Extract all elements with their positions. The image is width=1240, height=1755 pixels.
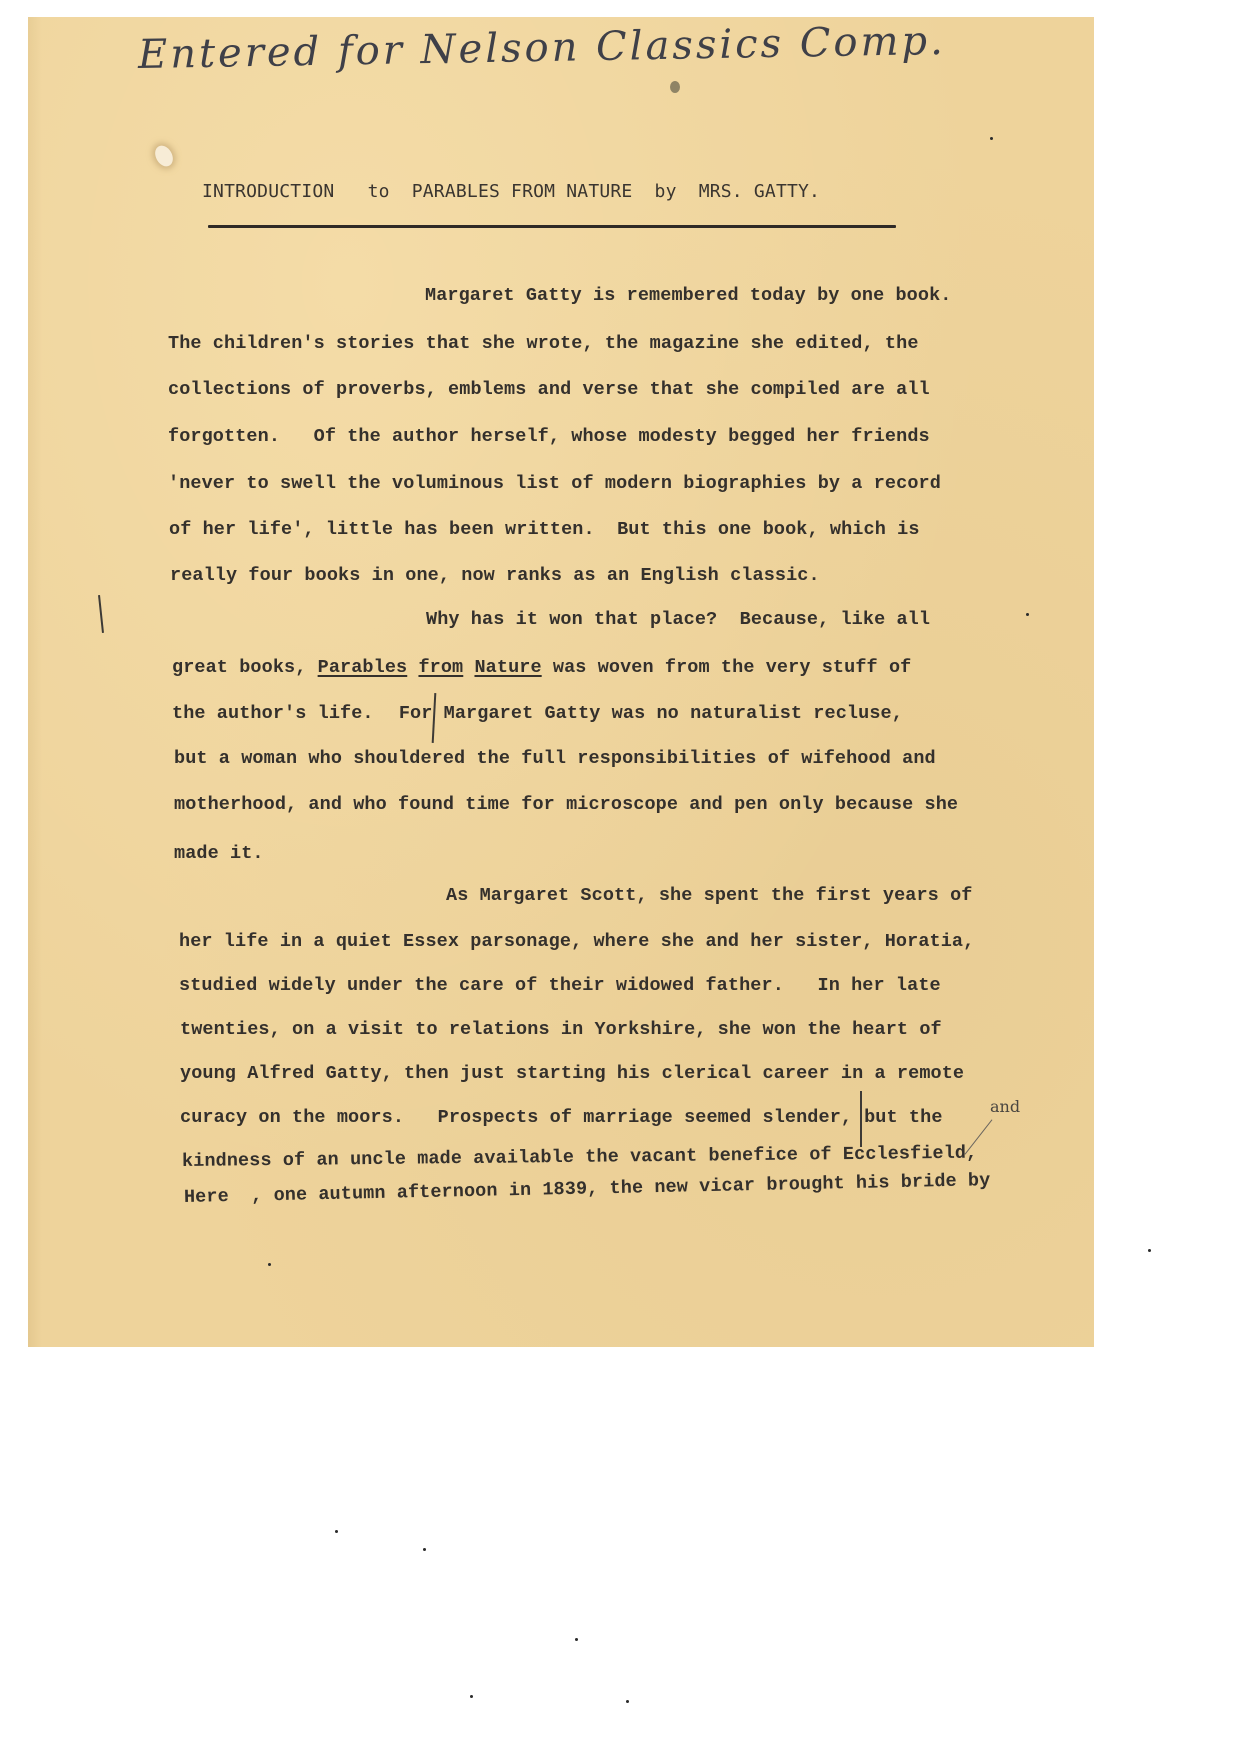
text-segment: the author's life. bbox=[172, 703, 385, 724]
text-line: forgotten. Of the author herself, whose … bbox=[168, 426, 930, 447]
speck bbox=[470, 1695, 473, 1698]
text-line: of her life', little has been written. B… bbox=[169, 519, 920, 540]
text-segment: curacy on the moors. Prospects of marria… bbox=[180, 1107, 852, 1128]
text-line: curacy on the moors. Prospects of marria… bbox=[180, 1107, 943, 1128]
text-line: motherhood, and who found time for micro… bbox=[174, 794, 958, 815]
insertion-mark bbox=[860, 1091, 862, 1147]
handwritten-note: Entered for Nelson Classics Comp. bbox=[138, 18, 946, 78]
text-line: The children's stories that she wrote, t… bbox=[168, 333, 919, 354]
text-line: As Margaret Scott, she spent the first y… bbox=[446, 885, 973, 906]
text-line: 'never to swell the voluminous list of m… bbox=[168, 473, 941, 494]
paper-damage bbox=[152, 142, 177, 169]
title-underline bbox=[208, 225, 896, 228]
speck bbox=[626, 1700, 629, 1703]
text-line: young Alfred Gatty, then just starting h… bbox=[180, 1063, 964, 1084]
speck bbox=[575, 1638, 578, 1641]
text-line: collections of proverbs, emblems and ver… bbox=[168, 379, 930, 400]
text-line: her life in a quiet Essex parsonage, whe… bbox=[179, 931, 974, 952]
title-prefix: INTRODUCTION bbox=[202, 181, 334, 202]
text-line: great books, Parables from Nature was wo… bbox=[172, 657, 911, 678]
page-title: INTRODUCTION to PARABLES FROM NATURE by … bbox=[202, 181, 820, 202]
title-middle: to PARABLES FROM NATURE by bbox=[368, 181, 699, 202]
margin-insertion-note: and bbox=[990, 1097, 1020, 1116]
title-author: MRS. GATTY. bbox=[699, 181, 820, 202]
text-line: but a woman who shouldered the full resp… bbox=[174, 748, 936, 769]
speck bbox=[335, 1530, 338, 1533]
underlined-title-word: from bbox=[418, 657, 463, 678]
speck bbox=[423, 1548, 426, 1551]
text-line: made it. bbox=[174, 843, 264, 864]
speck bbox=[268, 1263, 271, 1266]
text-line: kindness of an uncle made available the … bbox=[182, 1143, 978, 1172]
text-line: studied widely under the care of their w… bbox=[179, 975, 941, 996]
margin-mark bbox=[98, 595, 104, 633]
text-segment: but the bbox=[864, 1107, 942, 1128]
speck bbox=[1148, 1249, 1151, 1252]
text-line: Here , one autumn afternoon in 1839, the… bbox=[184, 1170, 991, 1208]
text-line: Margaret Gatty is remembered today by on… bbox=[425, 285, 952, 306]
text-line: the author's life. For Margaret Gatty wa… bbox=[172, 703, 903, 724]
text-line: twenties, on a visit to relations in Yor… bbox=[180, 1019, 942, 1040]
text-segment: great books, bbox=[172, 657, 318, 678]
text-segment: For Margaret Gatty was no naturalist rec… bbox=[399, 703, 903, 724]
underlined-title-word: Parables bbox=[318, 657, 408, 678]
text-line: really four books in one, now ranks as a… bbox=[170, 565, 820, 586]
text-segment: was woven from the very stuff of bbox=[542, 657, 912, 678]
underlined-title-word: Nature bbox=[474, 657, 541, 678]
text-line: Why has it won that place? Because, like… bbox=[426, 609, 930, 630]
document-page: Entered for Nelson Classics Comp. INTROD… bbox=[28, 17, 1094, 1347]
speck bbox=[1026, 613, 1029, 616]
ink-stain bbox=[670, 81, 680, 93]
speck bbox=[990, 137, 993, 140]
